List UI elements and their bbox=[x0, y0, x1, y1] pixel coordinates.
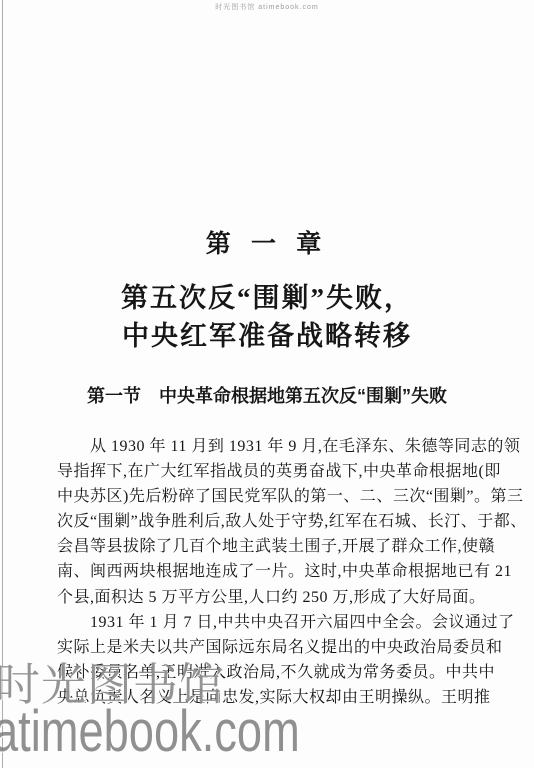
body-line: 实际上是米夫以共产国际远东局名义提出的中央政治局委员和 bbox=[57, 635, 487, 660]
body-line: 南、闽西两块根据地连成了一片。这时,中央革命根据地已有 21 bbox=[57, 559, 487, 584]
book-page: 时光图书馆 atimebook.com 第 一 章 第五次反“围剿”失败， 中央… bbox=[0, 0, 534, 768]
body-line: 中央苏区)先后粉碎了国民党军队的第一、二、三次“围剿”。第三 bbox=[57, 484, 487, 509]
body-line: 次反“围剿”战争胜利后,敌人处于守势,红军在石城、长汀、于都、 bbox=[57, 509, 487, 534]
body-line: 1931 年 1 月 7 日,中共中央召开六届四中全会。会议通过了 bbox=[57, 610, 487, 635]
chapter-main-title: 第五次反“围剿”失败， 中央红军准备战略转移 bbox=[0, 279, 534, 355]
body-line: 导指挥下,在广大红军指战员的英勇奋战下,中央革命根据地(即 bbox=[57, 459, 487, 484]
chapter-main-title-line1: 第五次反“围剿”失败， bbox=[0, 279, 534, 317]
section-heading: 第一节 中央革命根据地第五次反“围剿”失败 bbox=[0, 382, 534, 408]
chapter-heading: 第 一 章 bbox=[0, 224, 534, 260]
chapter-main-title-line2: 中央红军准备战略转移 bbox=[0, 317, 534, 355]
body-line: 会昌等县拔除了几百个地主武装土围子,开展了群众工作,使赣 bbox=[57, 534, 487, 559]
site-watermark: atimebook.com bbox=[0, 702, 300, 763]
body-line: 个县,面积达 5 万平方公里,人口约 250 万,形成了大好局面。 bbox=[57, 585, 487, 610]
body-line: 从 1930 年 11 月到 1931 年 9 月,在毛泽东、朱德等同志的领 bbox=[57, 434, 487, 459]
top-watermark: 时光图书馆 atimebook.com bbox=[0, 2, 534, 12]
